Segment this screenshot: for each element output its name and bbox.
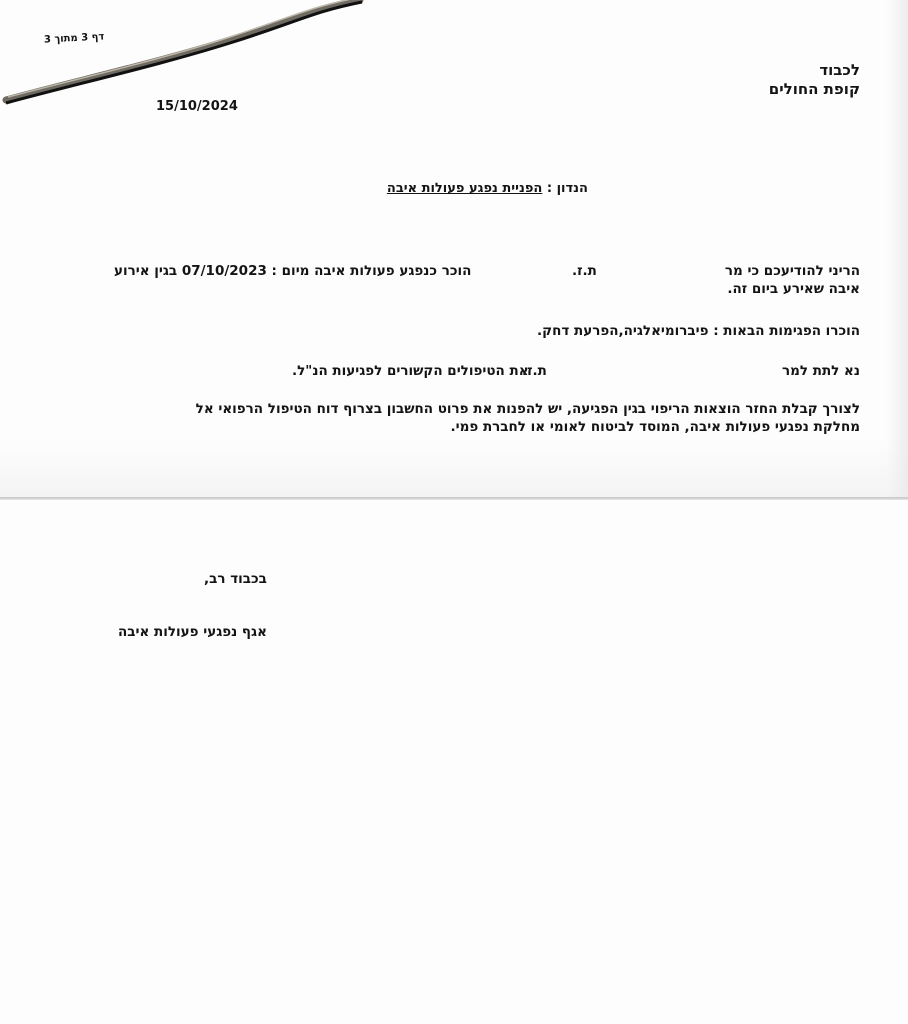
page-indicator: דף 3 מתוך 3 [44, 28, 105, 49]
signature-department: אגף נפגעי פעולות איבה [118, 623, 267, 641]
cable-overlay [0, 0, 908, 120]
paragraph-2-injuries: הוכרו הפגימות הבאות : פיברומיאלגיה,הפרעת… [537, 322, 860, 340]
closing-salutation: בכבוד רב, [204, 570, 267, 588]
paragraph-4-line-1: לצורך קבלת החזר הוצאות הריפוי בגין הפגיע… [196, 400, 860, 418]
fold-shadow [0, 440, 908, 500]
paragraph-3-end: את הטיפולים הקשורים לפגיעות הנ"ל. [292, 362, 529, 380]
paragraph-1-line-1-start: הריני להודיעכם כי מר [725, 262, 860, 280]
id-label-1: ת.ז. [572, 262, 597, 280]
addressee-line-1: לכבוד [819, 61, 860, 79]
paper-fold-line [0, 497, 908, 500]
paragraph-3-start: נא לתת למר [782, 362, 860, 380]
paragraph-4-line-2: מחלקת נפגעי פעולות איבה, המוסד לביטוח לא… [451, 418, 861, 436]
subject-text: הפניית נפגע פעולות איבה [387, 181, 542, 196]
letter-date: 15/10/2024 [156, 98, 238, 116]
addressee-line-2: קופת החולים [769, 80, 860, 98]
paragraph-1-line-1-end: הוכר כנפגע פעולות איבה מיום : 07/10/2023… [114, 262, 471, 280]
scanned-letter-page: דף 3 מתוך 3 15/10/2024 לכבוד קופת החולים… [0, 0, 908, 1024]
paragraph-1-line-2: איבה שאירע ביום זה. [727, 280, 860, 298]
subject-line: הנדון : הפניית נפגע פעולות איבה [387, 180, 588, 198]
subject-label: הנדון : [547, 181, 588, 196]
